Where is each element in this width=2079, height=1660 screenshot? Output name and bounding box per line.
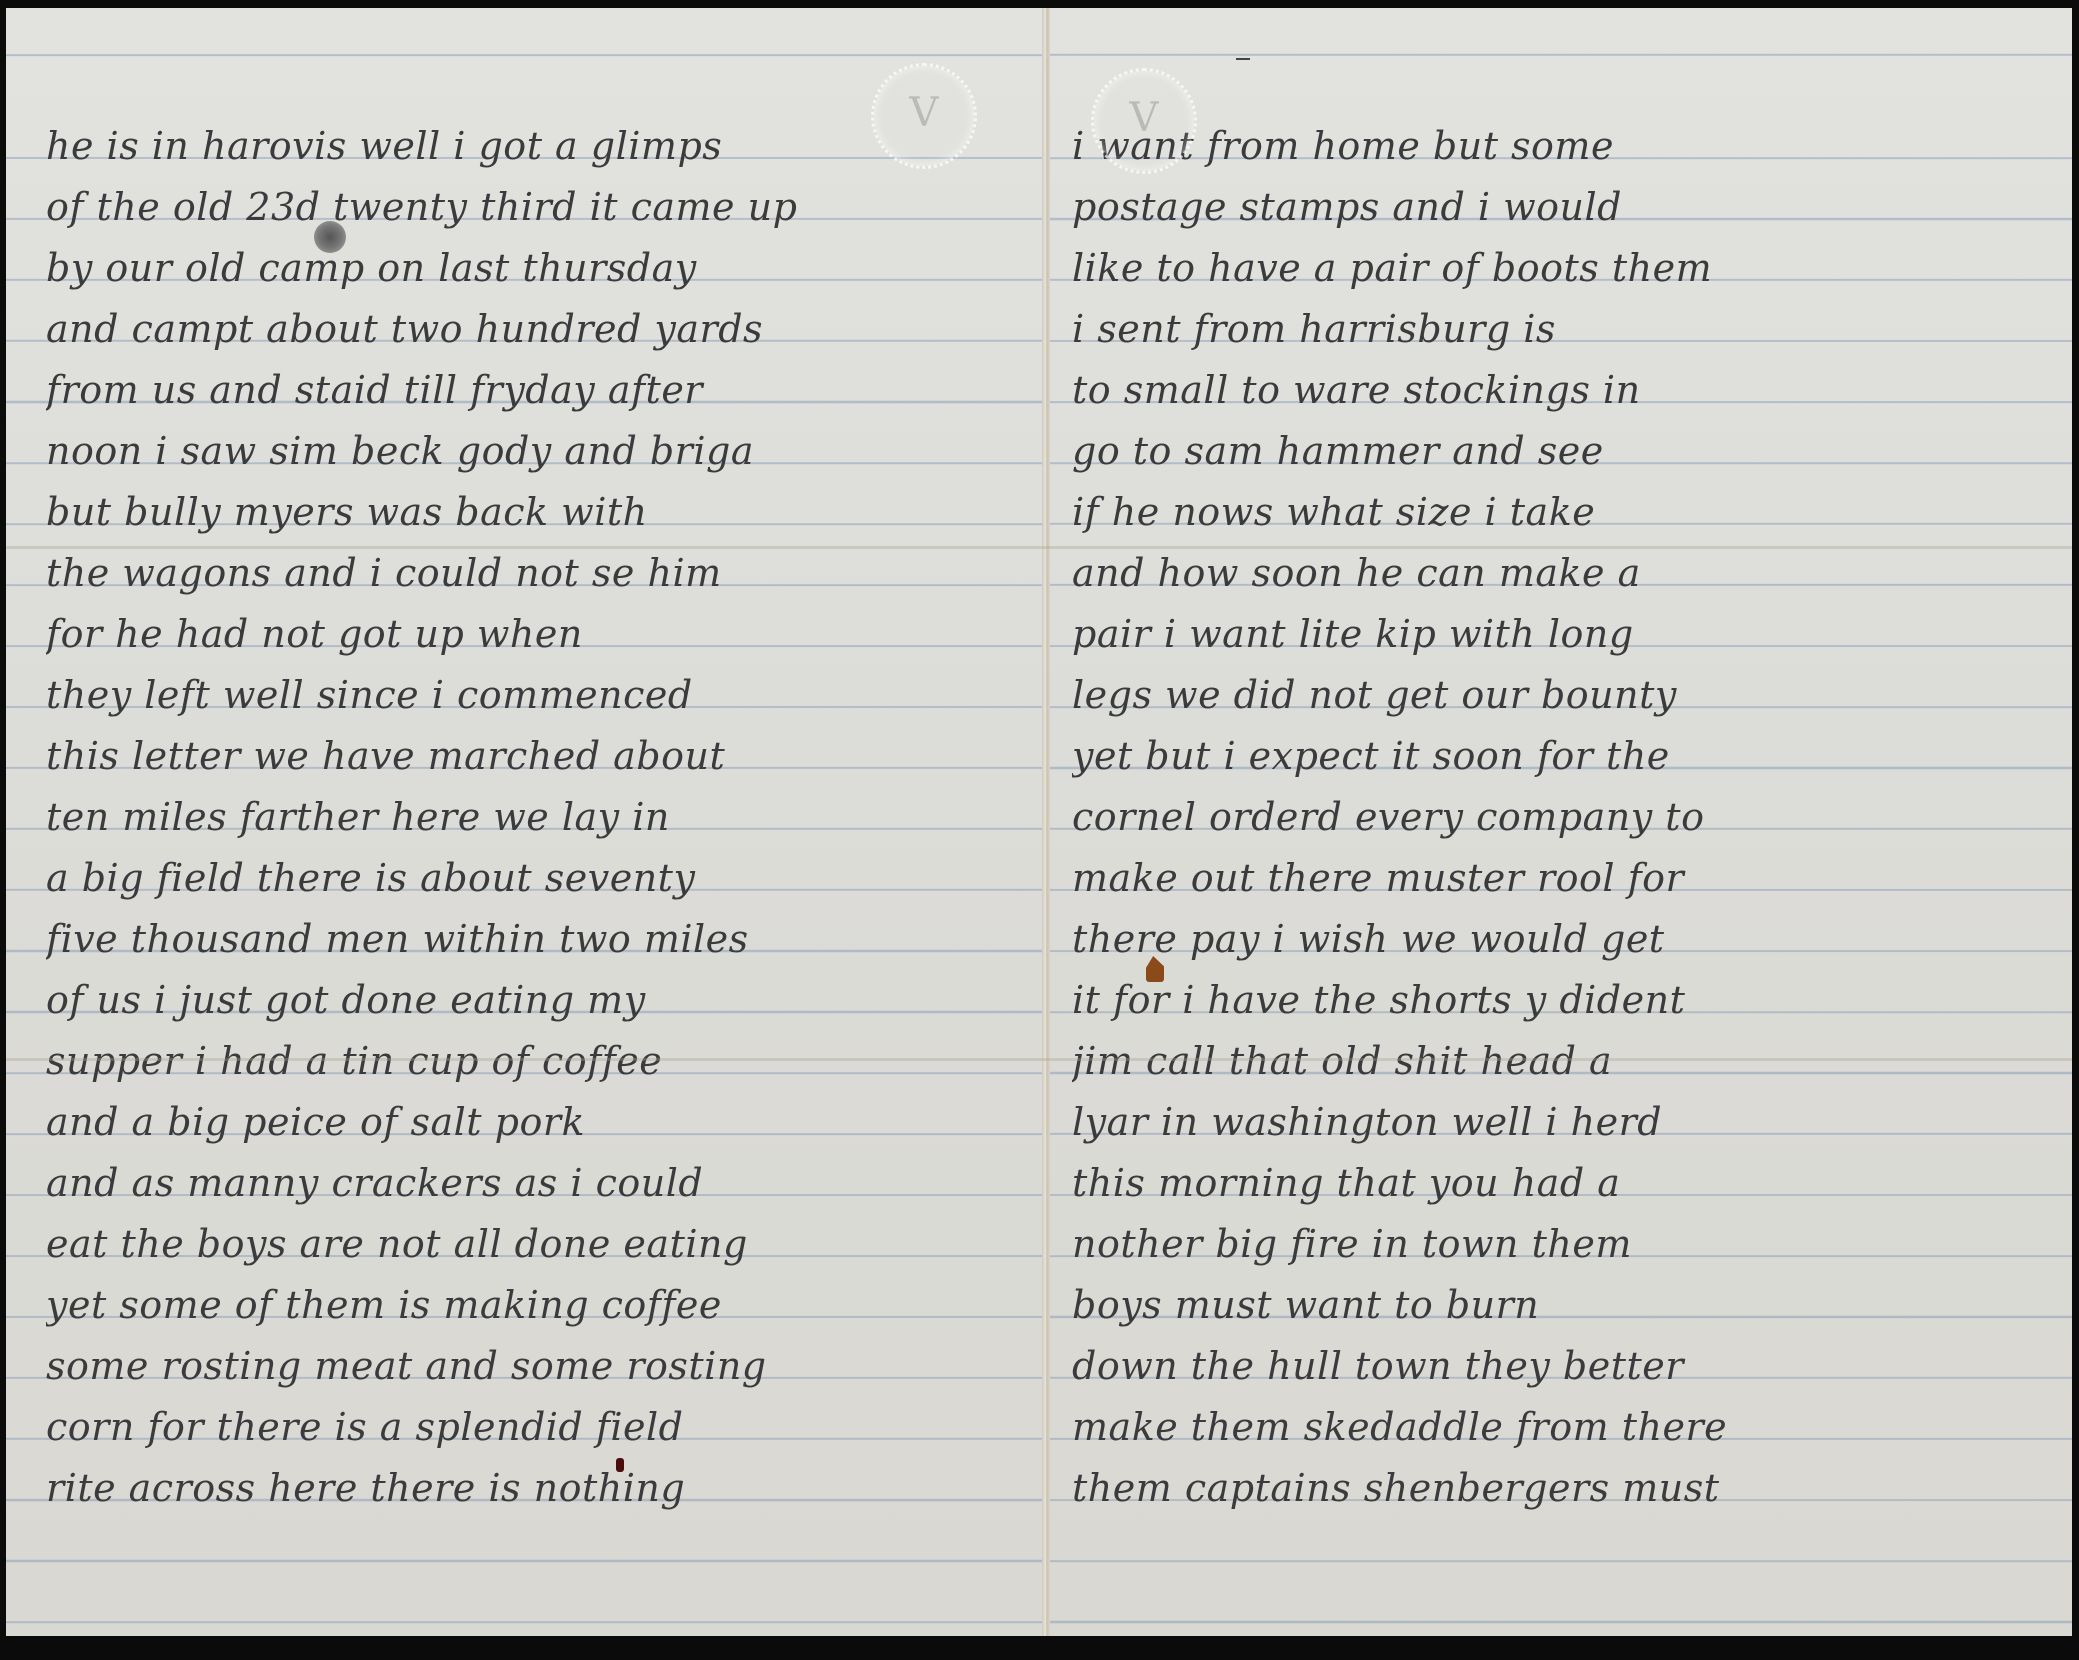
text-line: and a big peice of salt pork: [46, 1096, 1026, 1157]
text-line: lyar in washington well i herd: [1072, 1096, 2054, 1157]
left-page-text: he is in harovis well i got a glimps of …: [6, 120, 1044, 1523]
text-line: pair i want lite kip with long: [1072, 608, 2054, 669]
text-line: corn for there is a splendid field: [46, 1401, 1026, 1462]
ink-blot: [314, 221, 346, 253]
paper-emboss-seal-icon: V: [871, 63, 977, 169]
ink-spot: [616, 1458, 624, 1472]
text-line: like to have a pair of boots them: [1072, 242, 2054, 303]
text-line: legs we did not get our bounty: [1072, 669, 2054, 730]
text-line: a big field there is about seventy: [46, 852, 1026, 913]
text-line: eat the boys are not all done eating: [46, 1218, 1026, 1279]
letter-scan: he is in harovis well i got a glimps of …: [6, 8, 2072, 1636]
text-line: there pay i wish we would get: [1072, 913, 2054, 974]
text-line: this letter we have marched about: [46, 730, 1026, 791]
text-line: five thousand men within two miles: [46, 913, 1026, 974]
text-line: by our old camp on last thursday: [46, 242, 1026, 303]
letter-page-left: he is in harovis well i got a glimps of …: [6, 8, 1044, 1636]
text-line: and as manny crackers as i could: [46, 1157, 1026, 1218]
text-line: noon i saw sim beck gody and briga: [46, 425, 1026, 486]
text-line: this morning that you had a: [1072, 1157, 2054, 1218]
text-line: they left well since i commenced: [46, 669, 1026, 730]
text-line: some rosting meat and some rosting: [46, 1340, 1026, 1401]
text-line: down the hull town they better: [1072, 1340, 2054, 1401]
text-line: supper i had a tin cup of coffee: [46, 1035, 1026, 1096]
text-line: of the old 23d twenty third it came up: [46, 181, 1026, 242]
text-line: of us i just got done eating my: [46, 974, 1026, 1035]
text-line: i sent from harrisburg is: [1072, 303, 2054, 364]
text-line: for he had not got up when: [46, 608, 1026, 669]
text-line: make them skedaddle from there: [1072, 1401, 2054, 1462]
text-line: but bully myers was back with: [46, 486, 1026, 547]
text-line: postage stamps and i would: [1072, 181, 2054, 242]
text-line: go to sam hammer and see: [1072, 425, 2054, 486]
letter-page-right: i want from home but some postage stamps…: [1048, 8, 2072, 1636]
text-line: yet but i expect it soon for the: [1072, 730, 2054, 791]
text-line: yet some of them is making coffee: [46, 1279, 1026, 1340]
text-line: to small to ware stockings in: [1072, 364, 2054, 425]
text-line: and campt about two hundred yards: [46, 303, 1026, 364]
text-line: and how soon he can make a: [1072, 547, 2054, 608]
horizontal-fold-crease: [6, 546, 2072, 549]
text-line: from us and staid till fryday after: [46, 364, 1026, 425]
text-line: cornel orderd every company to: [1072, 791, 2054, 852]
right-page-text: i want from home but some postage stamps…: [1048, 120, 2072, 1523]
text-line: them captains shenbergers must: [1072, 1462, 2054, 1523]
center-fold: [1042, 8, 1050, 1636]
text-line: if he nows what size i take: [1072, 486, 2054, 547]
paper-emboss-seal-icon: V: [1091, 68, 1197, 174]
text-line: boys must want to burn: [1072, 1279, 2054, 1340]
text-line: ten miles farther here we lay in: [46, 791, 1026, 852]
text-line: jim call that old shit head a: [1072, 1035, 2054, 1096]
text-line: the wagons and i could not se him: [46, 547, 1026, 608]
text-line: nother big fire in town them: [1072, 1218, 2054, 1279]
text-line: rite across here there is nothing: [46, 1462, 1026, 1523]
text-line: it for i have the shorts y dident: [1072, 974, 2054, 1035]
text-line: make out there muster rool for: [1072, 852, 2054, 913]
text-line: i want from home but some: [1072, 120, 2054, 181]
pen-mark: [1236, 58, 1250, 60]
horizontal-fold-crease: [6, 1058, 2072, 1061]
